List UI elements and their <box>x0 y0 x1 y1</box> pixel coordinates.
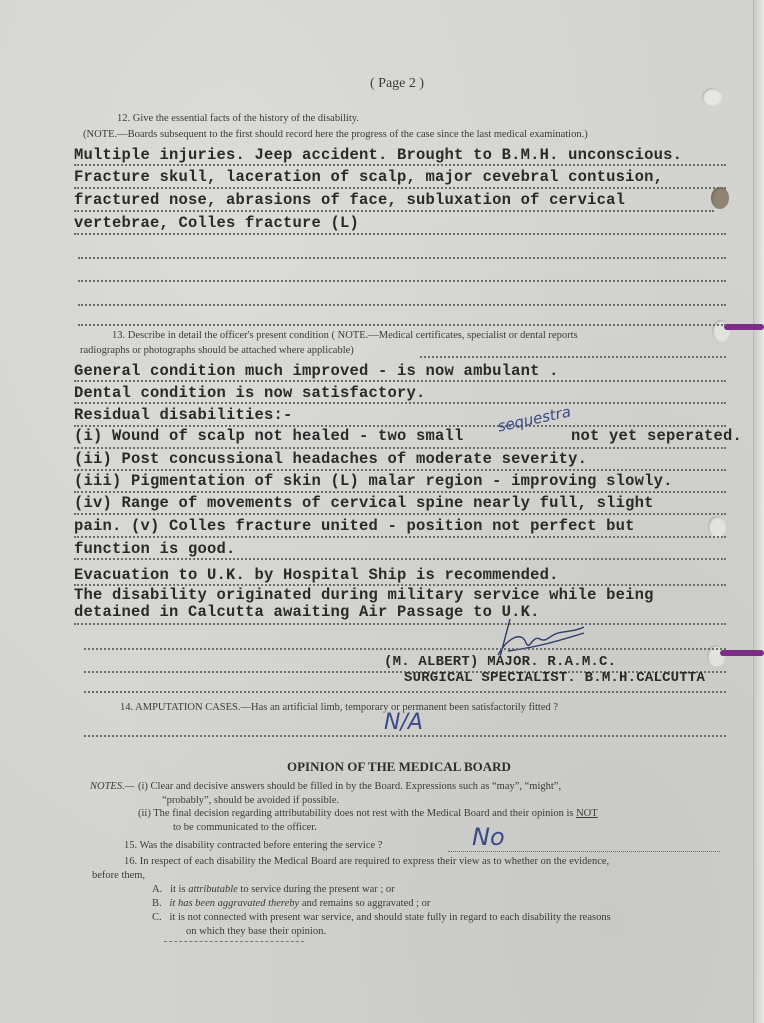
q13-answer-line: Residual disabilities:- <box>74 406 293 424</box>
option-emphasis: it has been aggravated thereby <box>170 898 300 909</box>
option-c: C. it is not connected with present war … <box>152 912 611 923</box>
q13-label: 13. Describe in detail the officer's pre… <box>112 330 578 341</box>
note-ii-not: NOT <box>576 808 598 819</box>
answer-rule <box>78 280 726 282</box>
paper-damage-mark <box>702 88 722 106</box>
note-i-cont: “probably”, should be avoided if possibl… <box>162 795 339 806</box>
answer-rule <box>84 735 726 737</box>
q13-answer-line: The disability originated during militar… <box>74 586 654 604</box>
answer-rule <box>84 648 726 650</box>
q16-label: 16. In respect of each disability the Me… <box>124 856 609 867</box>
option-text: to service during the present war ; or <box>238 884 395 895</box>
binding-string <box>720 650 764 656</box>
page-number: ( Page 2 ) <box>370 76 424 92</box>
signatory-title: SURGICAL SPECIALIST. B.M.H.CALCUTTA <box>404 670 705 686</box>
binding-string <box>724 324 764 330</box>
q14-label: 14. AMPUTATION CASES.—Has an artificial … <box>120 702 558 713</box>
option-b: B. it has been aggravated thereby and re… <box>152 898 430 909</box>
q12-note: (NOTE.—Boards subsequent to the first sh… <box>83 129 588 140</box>
q12-label: 12. Give the essential facts of the hist… <box>117 113 359 124</box>
answer-rule <box>78 304 726 306</box>
note-ii-cont: to be communicated to the officer. <box>173 822 317 833</box>
answer-rule <box>74 380 726 382</box>
q12-answer-line: vertebrae, Colles fracture (L) <box>74 214 359 232</box>
answer-rule <box>74 402 726 404</box>
q13-label-cont: radiographs or photographs should be att… <box>80 345 354 356</box>
q13-answer-line: Evacuation to U.K. by Hospital Ship is r… <box>74 566 559 584</box>
option-a: A. it is attributable to service during … <box>152 884 395 895</box>
q16-label-cont: before them, <box>92 870 145 881</box>
answer-rule <box>74 447 726 449</box>
option-c-cont: on which they base their opinion. <box>186 926 326 937</box>
answer-rule <box>74 469 726 471</box>
option-text: and remains so aggravated ; or <box>299 898 430 909</box>
q15-answer: No <box>472 823 505 851</box>
punch-hole <box>708 516 726 538</box>
q13-answer-line: (iii) Pigmentation of skin (L) malar reg… <box>74 472 673 490</box>
answer-rule <box>78 324 726 326</box>
option-emphasis: attributable <box>188 884 238 895</box>
signatory-name: (M. ALBERT) MAJOR. R.A.M.C. <box>384 654 616 670</box>
answer-rule <box>420 356 726 358</box>
answer-rule <box>74 164 726 166</box>
option-key: B. <box>152 898 162 909</box>
answer-rule <box>74 187 726 189</box>
answer-rule <box>78 257 726 259</box>
q12-answer-line: Fracture skull, laceration of scalp, maj… <box>74 168 663 186</box>
answer-rule <box>448 851 720 852</box>
answer-rule <box>74 491 726 493</box>
option-key: A. <box>152 884 162 895</box>
answer-rule <box>74 513 726 515</box>
q13-answer-line-tail: not yet seperated. <box>571 427 742 445</box>
handwritten-insert: sequestra <box>496 402 572 435</box>
q13-answer-line: (i) Wound of scalp not healed - two smal… <box>74 427 464 445</box>
answer-rule <box>74 536 726 538</box>
note-ii-text: (ii) The final decision regarding attrib… <box>138 808 573 819</box>
q13-answer-line: (iv) Range of movements of cervical spin… <box>74 494 654 512</box>
punch-hole <box>711 187 729 209</box>
q15-label: 15. Was the disability contracted before… <box>124 840 382 851</box>
q13-answer-line: detained in Calcutta awaiting Air Passag… <box>74 603 540 621</box>
answer-rule <box>84 691 726 693</box>
answer-rule <box>74 210 714 212</box>
option-text: it is <box>170 884 188 895</box>
q13-answer-line: pain. (v) Colles fracture united - posit… <box>74 517 635 535</box>
option-text: it is not connected with present war ser… <box>170 912 611 923</box>
q14-answer: N/A <box>384 710 423 735</box>
note-ii: (ii) The final decision regarding attrib… <box>138 808 598 819</box>
q13-answer-line: General condition much improved - is now… <box>74 362 559 380</box>
document-page: ( Page 2 ) 12. Give the essential facts … <box>0 0 764 1023</box>
q12-answer-line: Multiple injuries. Jeep accident. Brough… <box>74 146 682 164</box>
option-key: C. <box>152 912 162 923</box>
q12-answer-line: fractured nose, abrasions of face, sublu… <box>74 191 625 209</box>
note-i: (i) Clear and decisive answers should be… <box>138 781 561 792</box>
notes-label: NOTES.— <box>90 781 134 792</box>
q13-answer-line: function is good. <box>74 540 236 558</box>
answer-rule <box>74 558 726 560</box>
page-edge <box>753 0 764 1023</box>
q13-answer-line: (ii) Post concussional headaches of mode… <box>74 450 587 468</box>
section-title: OPINION OF THE MEDICAL BOARD <box>287 759 511 775</box>
q13-answer-line: Dental condition is now satisfactory. <box>74 384 426 402</box>
answer-rule <box>74 233 726 235</box>
answer-rule <box>74 623 726 625</box>
faint-rule <box>164 941 304 942</box>
